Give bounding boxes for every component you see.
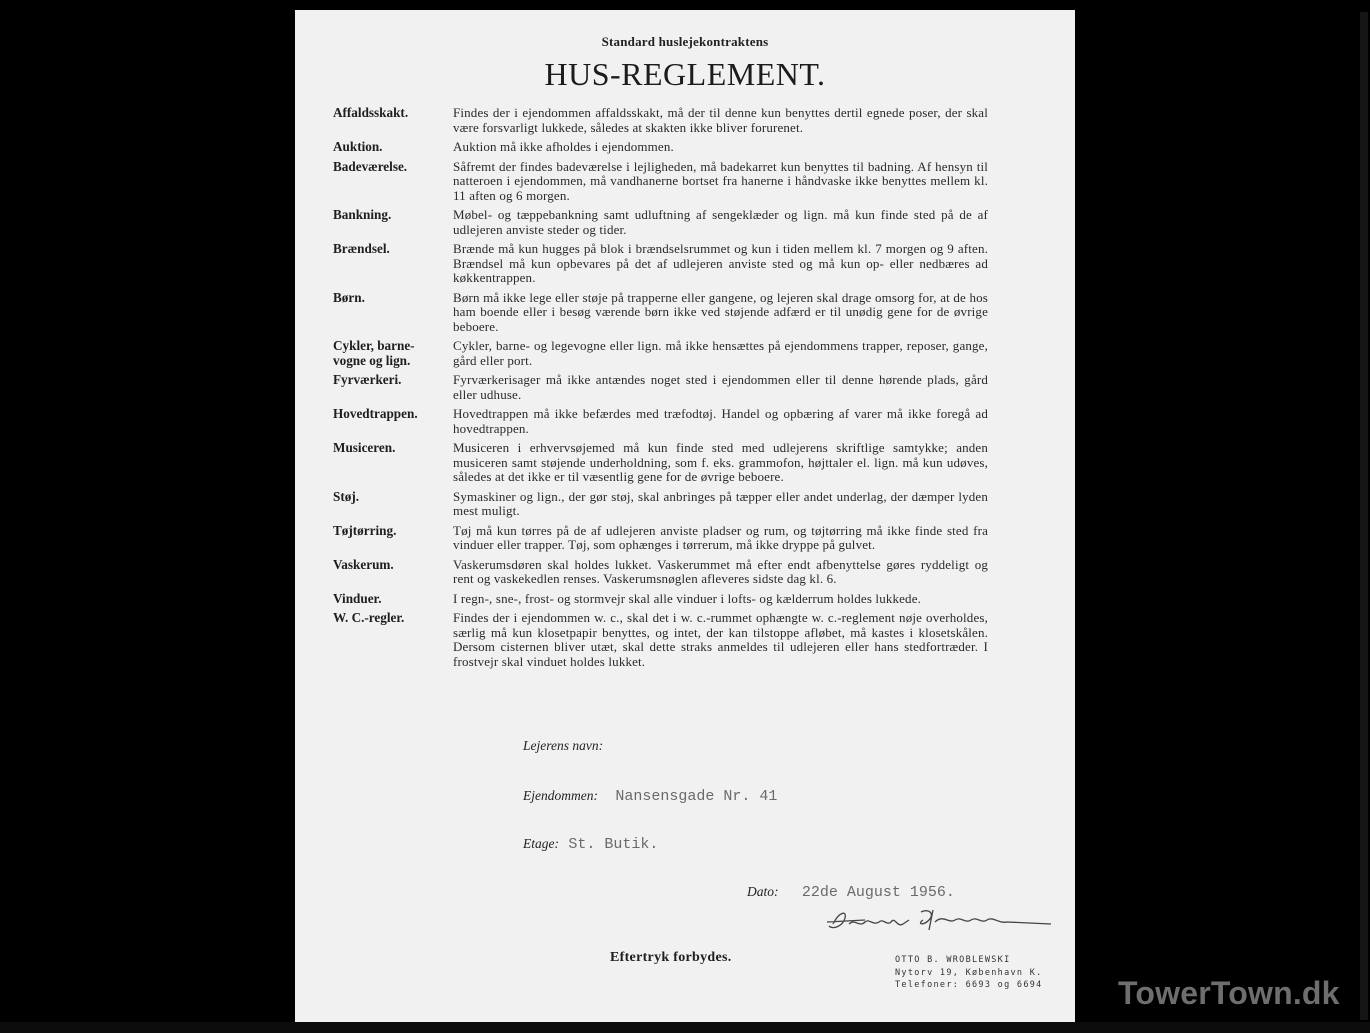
rule-text: Findes der i ejendommen affaldsskakt, må… [453,106,988,135]
rule-boern: Børn. Børn må ikke lege eller støje på t… [333,291,988,335]
rule-heading: Hovedtrappen. [333,407,453,422]
floor-field: Etage: St. Butik. [523,836,658,853]
rule-heading: Børn. [333,291,453,306]
rule-heading: Bankning. [333,208,453,223]
rule-cykler: Cykler, barne- vogne og lign. Cykler, ba… [333,339,988,368]
rule-heading: Støj. [333,490,453,505]
rule-heading: Auktion. [333,140,453,155]
rule-heading: Brændsel. [333,242,453,257]
rule-affaldsskakt: Affaldsskakt. Findes der i ejendommen af… [333,106,988,135]
property-field: Ejendommen: Nansensgade Nr. 41 [523,788,777,805]
rule-toejtoerring: Tøjtørring. Tøj må kun tørres på de af u… [333,524,988,553]
rule-badevaerelse: Badeværelse. Såfremt der findes badevære… [333,160,988,204]
rule-text: Auktion må ikke afholdes i ejendommen. [453,140,988,155]
tenant-name-label: Lejerens navn: [523,738,603,753]
rule-text: I regn-, sne-, frost- og stormvejr skal … [453,592,988,607]
floor-value: St. Butik. [568,836,658,853]
rule-hovedtrappen: Hovedtrappen. Hovedtrappen må ikke befær… [333,407,988,436]
rule-heading: Vinduer. [333,592,453,607]
document-title: HUS-REGLEMENT. [295,56,1075,93]
property-label: Ejendommen: [523,788,598,803]
publisher-imprint: OTTO B. WROBLEWSKI Nytorv 19, København … [895,954,1043,992]
rule-text: Hovedtrappen må ikke befærdes med træfod… [453,407,988,436]
rule-heading: Musiceren. [333,441,453,456]
rule-auktion: Auktion. Auktion må ikke afholdes i ejen… [333,140,988,155]
date-field: Dato: 22de August 1956. [747,884,955,901]
rule-fyrvaerkeri: Fyrværkeri. Fyrværkerisager må ikke antæ… [333,373,988,402]
floor-label: Etage: [523,836,559,851]
date-value: 22de August 1956. [802,884,955,901]
date-label: Dato: [747,884,779,899]
rule-text: Tøj må kun tørres på de af udlejeren anv… [453,524,988,553]
document-page: Standard huslejekontraktens HUS-REGLEMEN… [295,10,1075,1022]
publisher-phone: Telefoner: 6693 og 6694 [895,979,1043,992]
rule-vaskerum: Vaskerum. Vaskerumsdøren skal holdes luk… [333,558,988,587]
rule-text: Fyrværkerisager må ikke antændes noget s… [453,373,988,402]
property-value: Nansensgade Nr. 41 [615,788,777,805]
rule-vinduer: Vinduer. I regn-, sne-, frost- og stormv… [333,592,988,607]
rules-list: Affaldsskakt. Findes der i ejendommen af… [333,106,988,674]
rule-heading: Tøjtørring. [333,524,453,539]
rule-heading: Badeværelse. [333,160,453,175]
reprint-notice: Eftertryk forbydes. [610,950,732,966]
rule-heading: Affaldsskakt. [333,106,453,121]
rule-text: Brænde må kun hugges på blok i brændsels… [453,242,988,286]
rule-braendsel: Brændsel. Brænde må kun hugges på blok i… [333,242,988,286]
tenant-name-field: Lejerens navn: [523,738,609,755]
publisher-address: Nytorv 19, København K. [895,967,1043,980]
rule-stoej: Støj. Symaskiner og lign., der gør støj,… [333,490,988,519]
rule-bankning: Bankning. Møbel- og tæppebankning samt u… [333,208,988,237]
image-border-bottom [0,1022,1370,1033]
watermark: TowerTown.dk [1118,975,1340,1012]
rule-text: Såfremt der findes badeværelse i lejligh… [453,160,988,204]
rule-text: Musiceren i erhvervsøjemed må kun finde … [453,441,988,485]
document-subtitle: Standard huslejekontraktens [295,34,1075,50]
rule-text: Børn må ikke lege eller støje på trapper… [453,291,988,335]
rule-text: Cykler, barne- og legevogne eller lign. … [453,339,988,368]
rule-heading: Cykler, barne- vogne og lign. [333,339,453,368]
rule-heading: Vaskerum. [333,558,453,573]
rule-text: Findes der i ejendommen w. c., skal det … [453,611,988,669]
image-border-right [1360,12,1368,1020]
rule-heading: Fyrværkeri. [333,373,453,388]
signature-icon [825,902,1055,936]
rule-musiceren: Musiceren. Musiceren i erhvervsøjemed må… [333,441,988,485]
rule-text: Symaskiner og lign., der gør støj, skal … [453,490,988,519]
rule-text: Møbel- og tæppebankning samt udluftning … [453,208,988,237]
rule-wc-regler: W. C.-regler. Findes der i ejendommen w.… [333,611,988,669]
rule-text: Vaskerumsdøren skal holdes lukket. Vaske… [453,558,988,587]
publisher-name: OTTO B. WROBLEWSKI [895,954,1043,967]
rule-heading: W. C.-regler. [333,611,453,626]
